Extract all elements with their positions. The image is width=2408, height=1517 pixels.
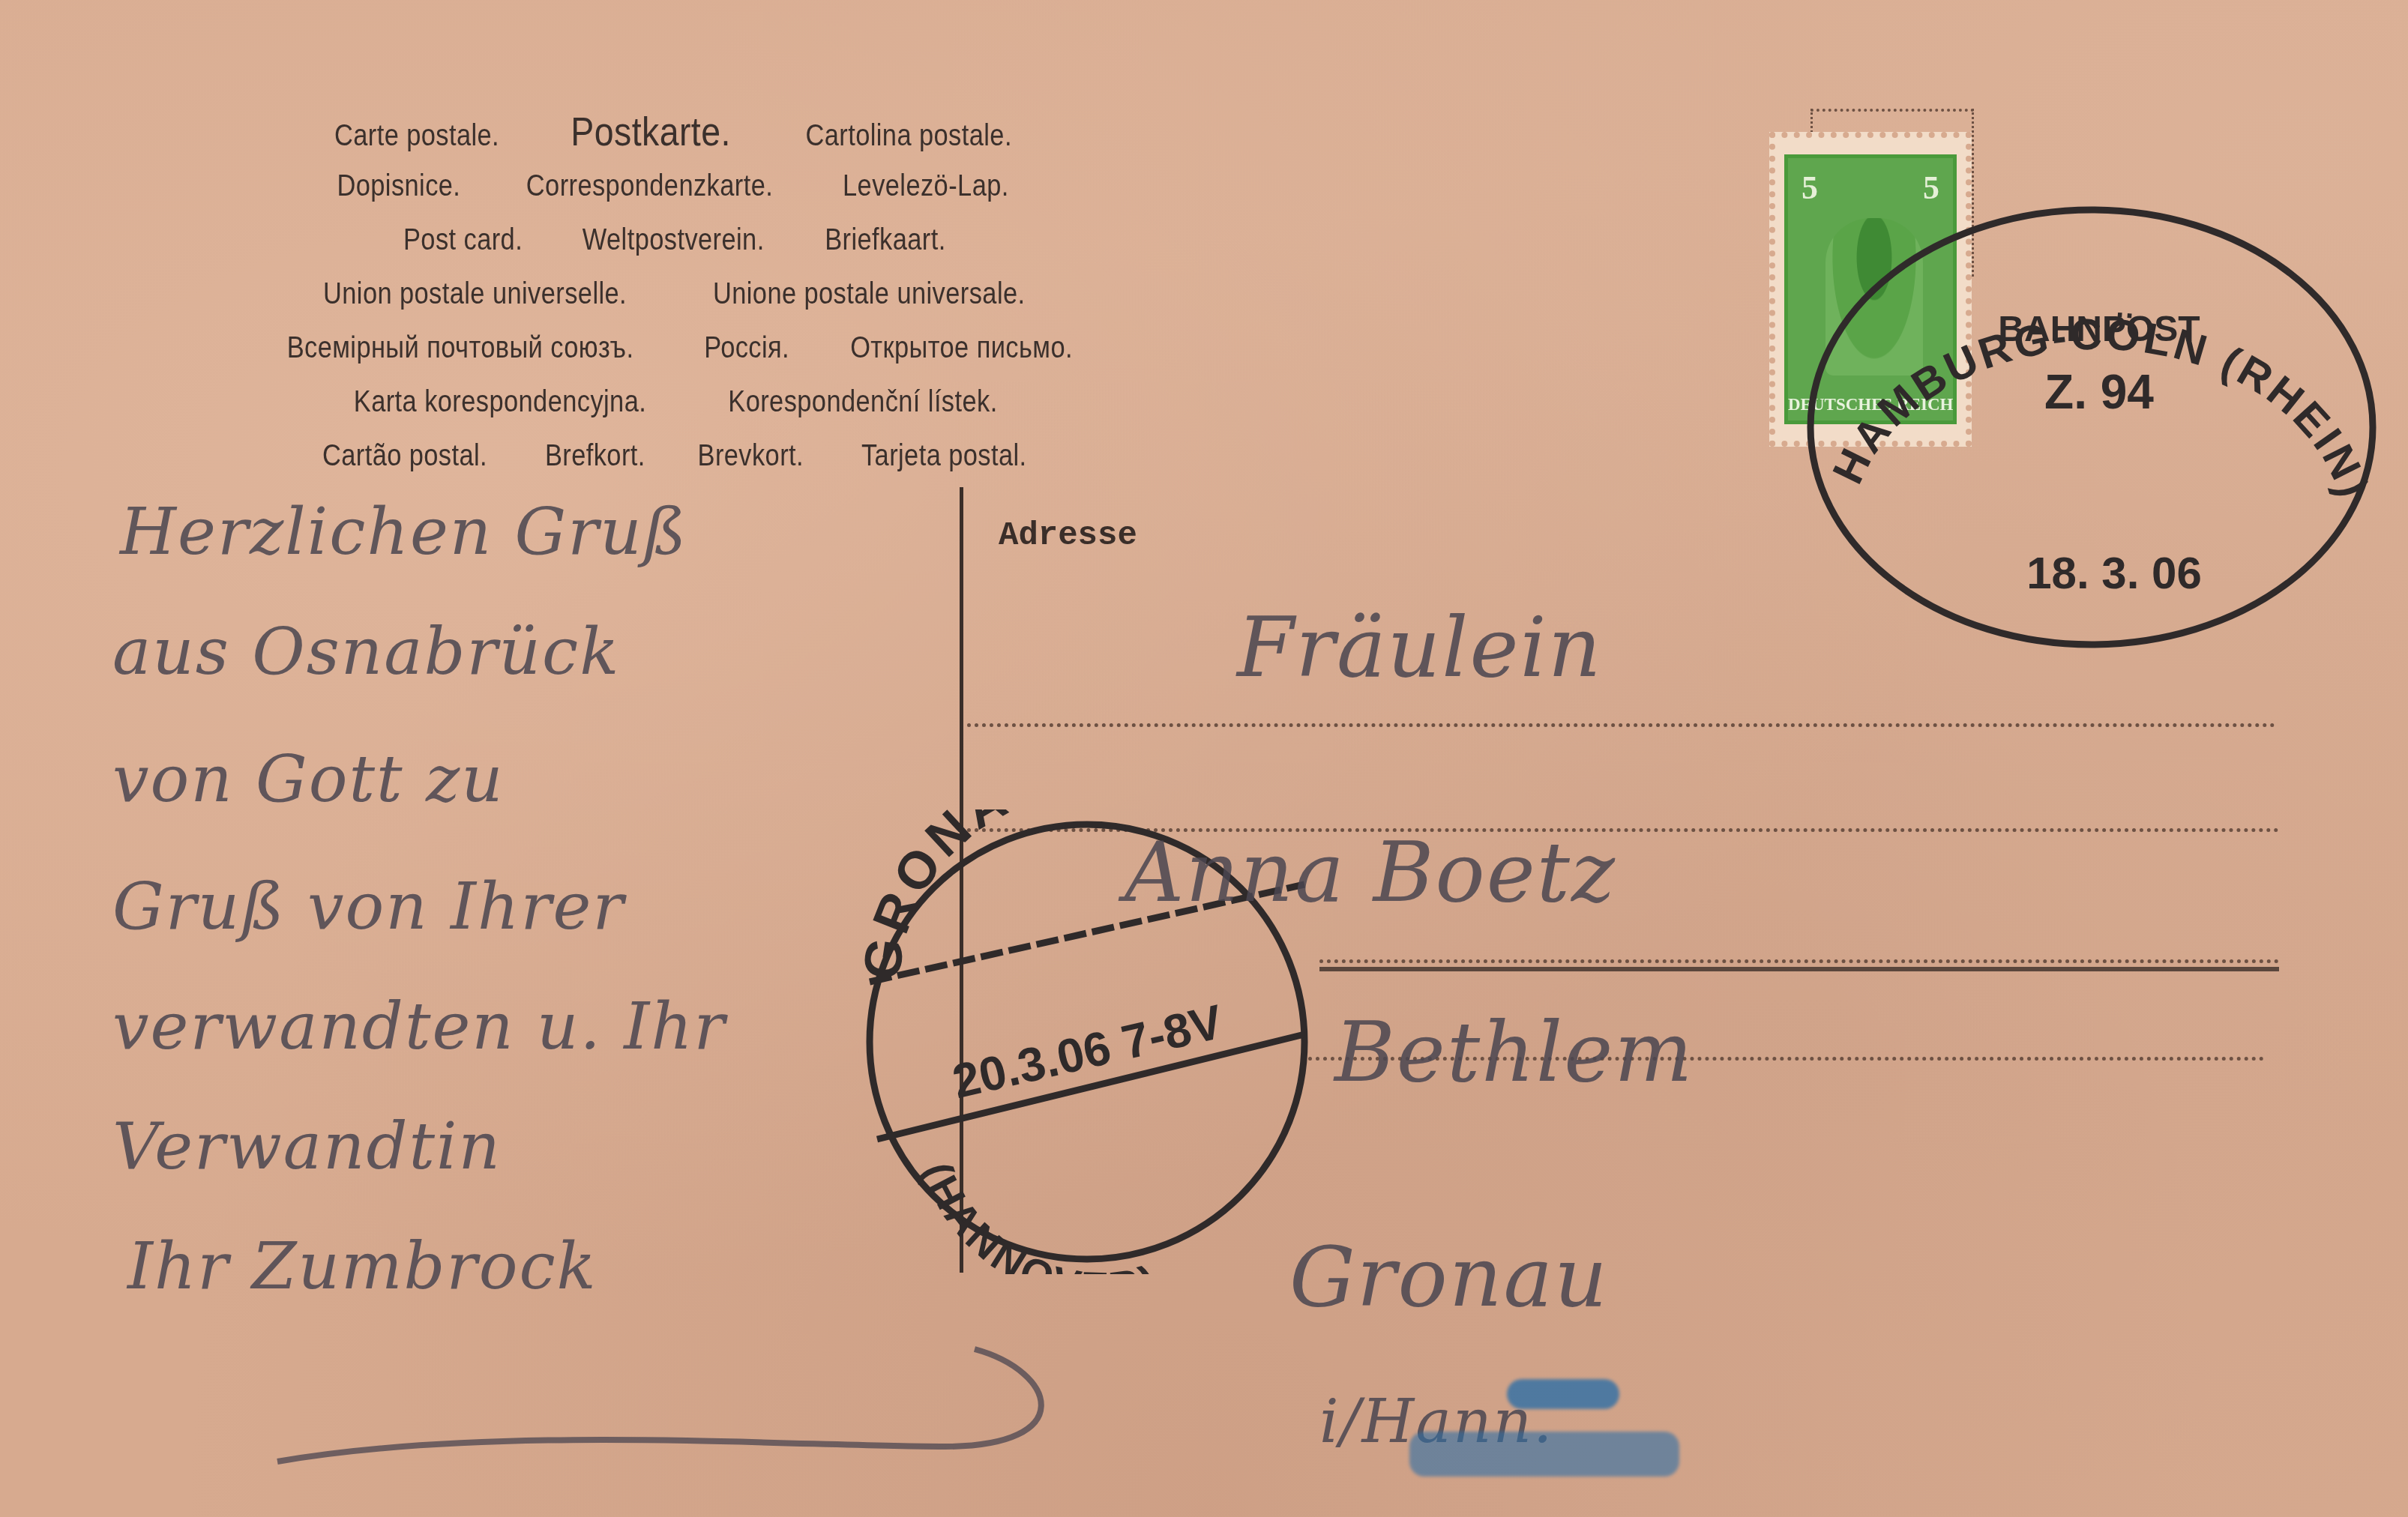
address-line-3 [1319, 959, 2279, 963]
signature-flourish [270, 1199, 1095, 1484]
header-line-2: Dopisnice. Correspondenzkarte. Levelezö-… [112, 159, 1237, 213]
header-text: Union postale universelle. [323, 267, 627, 321]
postmark-date: 20.3.06 7-8V [948, 995, 1228, 1109]
message-line-1: Herzlichen Gruß [120, 495, 687, 570]
header-text: Tarjeta postal. [861, 429, 1027, 483]
header-text: Cartão postal. [322, 429, 487, 483]
message-line-5: verwandten u. Ihr [112, 989, 726, 1064]
header-text: Korespondenční lístek. [728, 375, 997, 429]
header-line-7: Cartão postal. Brefkort. Brevkort. Tarje… [112, 429, 1237, 483]
blue-crayon-mark [1507, 1379, 1619, 1409]
header-text: Unione postale universale. [713, 267, 1026, 321]
header-text: Levelezö-Lap. [843, 159, 1009, 213]
blue-crayon-scribble [1409, 1432, 1679, 1477]
postmark-date: 18. 3. 06 [2026, 548, 2202, 598]
address-town: Gronau [1289, 1229, 1609, 1325]
header-text: Dopisnice. [337, 159, 460, 213]
address-underline [1319, 967, 2279, 971]
header-text: Briefkaart. [825, 213, 947, 267]
header-text: Brevkort. [698, 429, 804, 483]
postmark-center-line: BAHNPOST [1998, 310, 2200, 349]
address-line-1 [967, 723, 2275, 727]
header-text: Cartolina postale. [805, 109, 1011, 163]
header-line-6: Karta korespondencyjna. Korespondenční l… [112, 375, 1237, 429]
address-recipient-name: Anna Boetz [1125, 824, 1616, 920]
postmark-hamburg-coeln: HAMBURG-CÖLN (RHEIN) BAHNPOST Z. 94 18. … [1799, 165, 2408, 690]
header-title: Postkarte. [571, 105, 730, 159]
postmark-train: Z. 94 [2044, 365, 2154, 419]
message-line-3: von Gott zu [112, 742, 505, 817]
address-recipient-title: Fräulein [1237, 600, 1603, 696]
header-text: Brefkort. [545, 429, 645, 483]
header-text: Carte postale. [334, 109, 499, 163]
header-line-3: Post card. Weltpostverein. Briefkaart. [112, 213, 1237, 267]
header-line-1: Carte postale. Postkarte. Cartolina post… [112, 105, 1237, 159]
address-label: Adresse [999, 517, 1137, 555]
message-line-2: aus Osnabrück [112, 615, 620, 690]
header-text: Weltpostverein. [583, 213, 765, 267]
header-line-5: Всемірный почтовый союзъ. Россія. Открыт… [112, 321, 1237, 375]
header-text: Открытое письмо. [850, 321, 1073, 375]
header-text: Всемірный почтовый союзъ. [286, 321, 633, 375]
message-line-4: Gruß von Ihrer [112, 869, 625, 944]
address-place: Bethlem [1334, 1004, 1694, 1100]
header-text: Correspondenzkarte. [526, 159, 773, 213]
header-line-4: Union postale universelle. Unione postal… [112, 267, 1237, 321]
message-line-6: Verwandtin [112, 1109, 502, 1184]
header-text: Россія. [705, 321, 790, 375]
header-text: Post card. [403, 213, 523, 267]
header-text: Karta korespondencyjna. [354, 375, 646, 429]
printed-header: Carte postale. Postkarte. Cartolina post… [112, 105, 1237, 483]
